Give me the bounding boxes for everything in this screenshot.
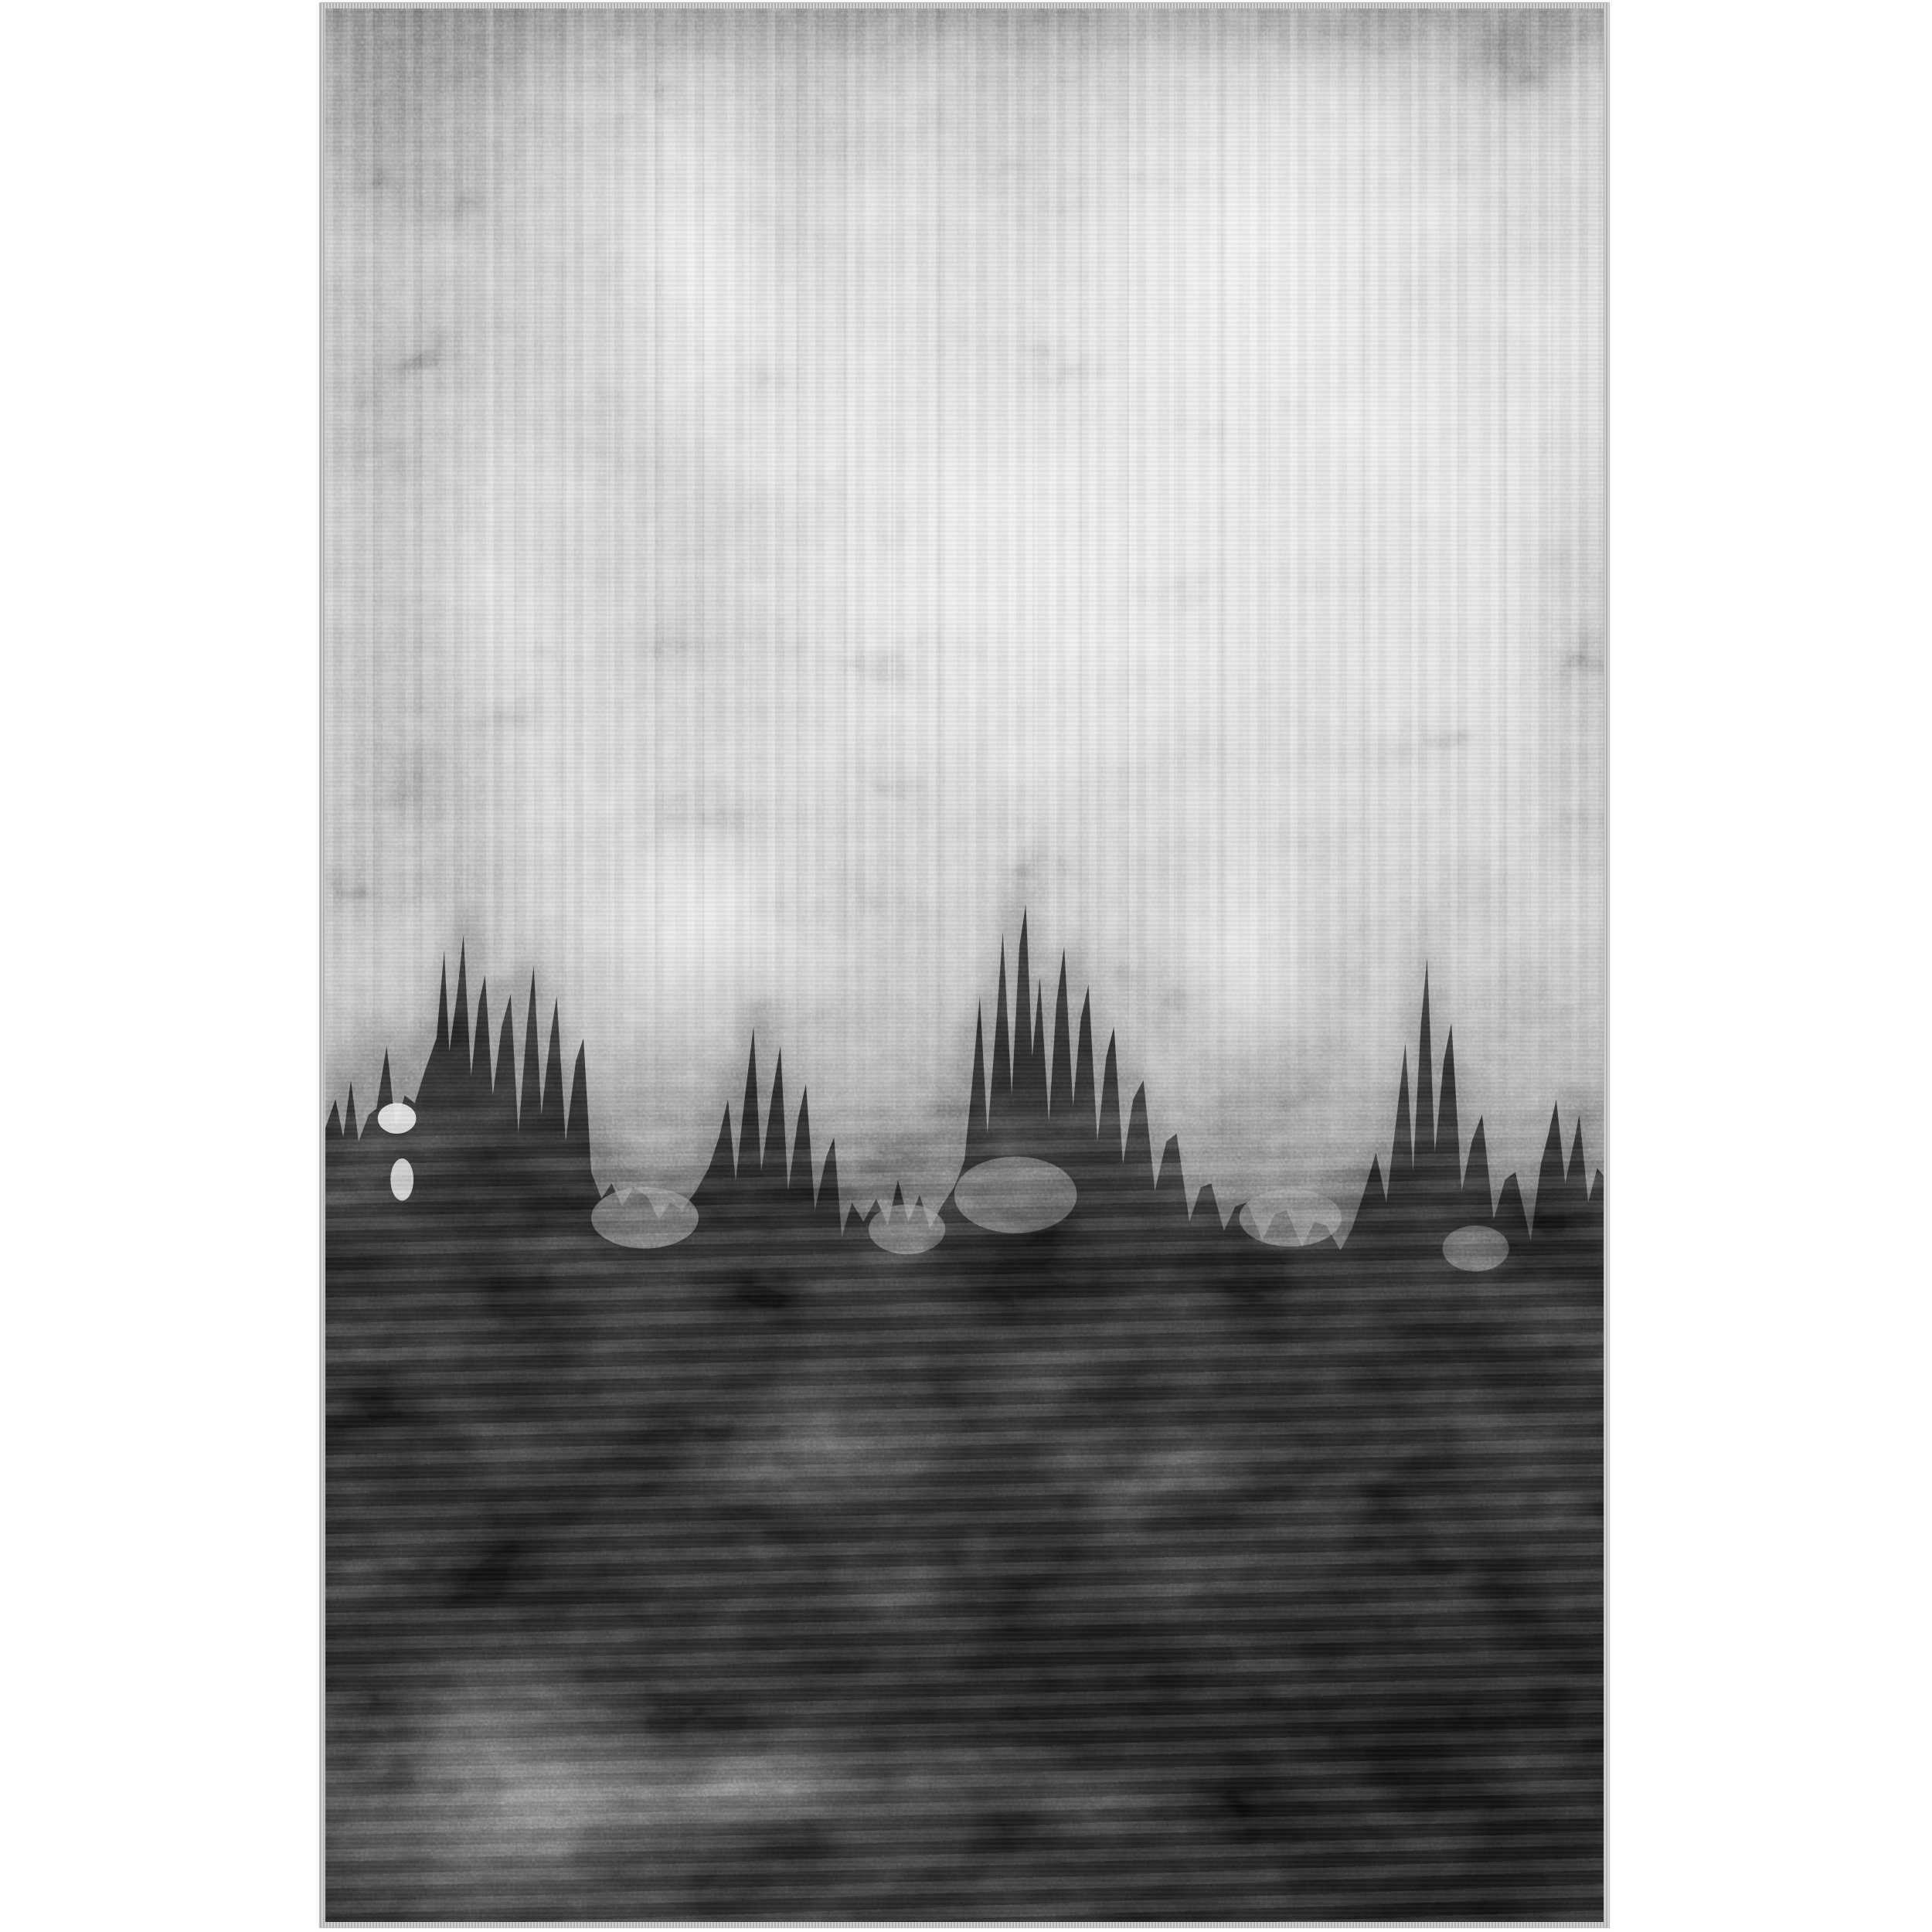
pile-row-texture [325,9,1604,1922]
product-photo [0,0,1932,1932]
rug [320,3,1609,1927]
rug-pile-texture [325,9,1604,1922]
